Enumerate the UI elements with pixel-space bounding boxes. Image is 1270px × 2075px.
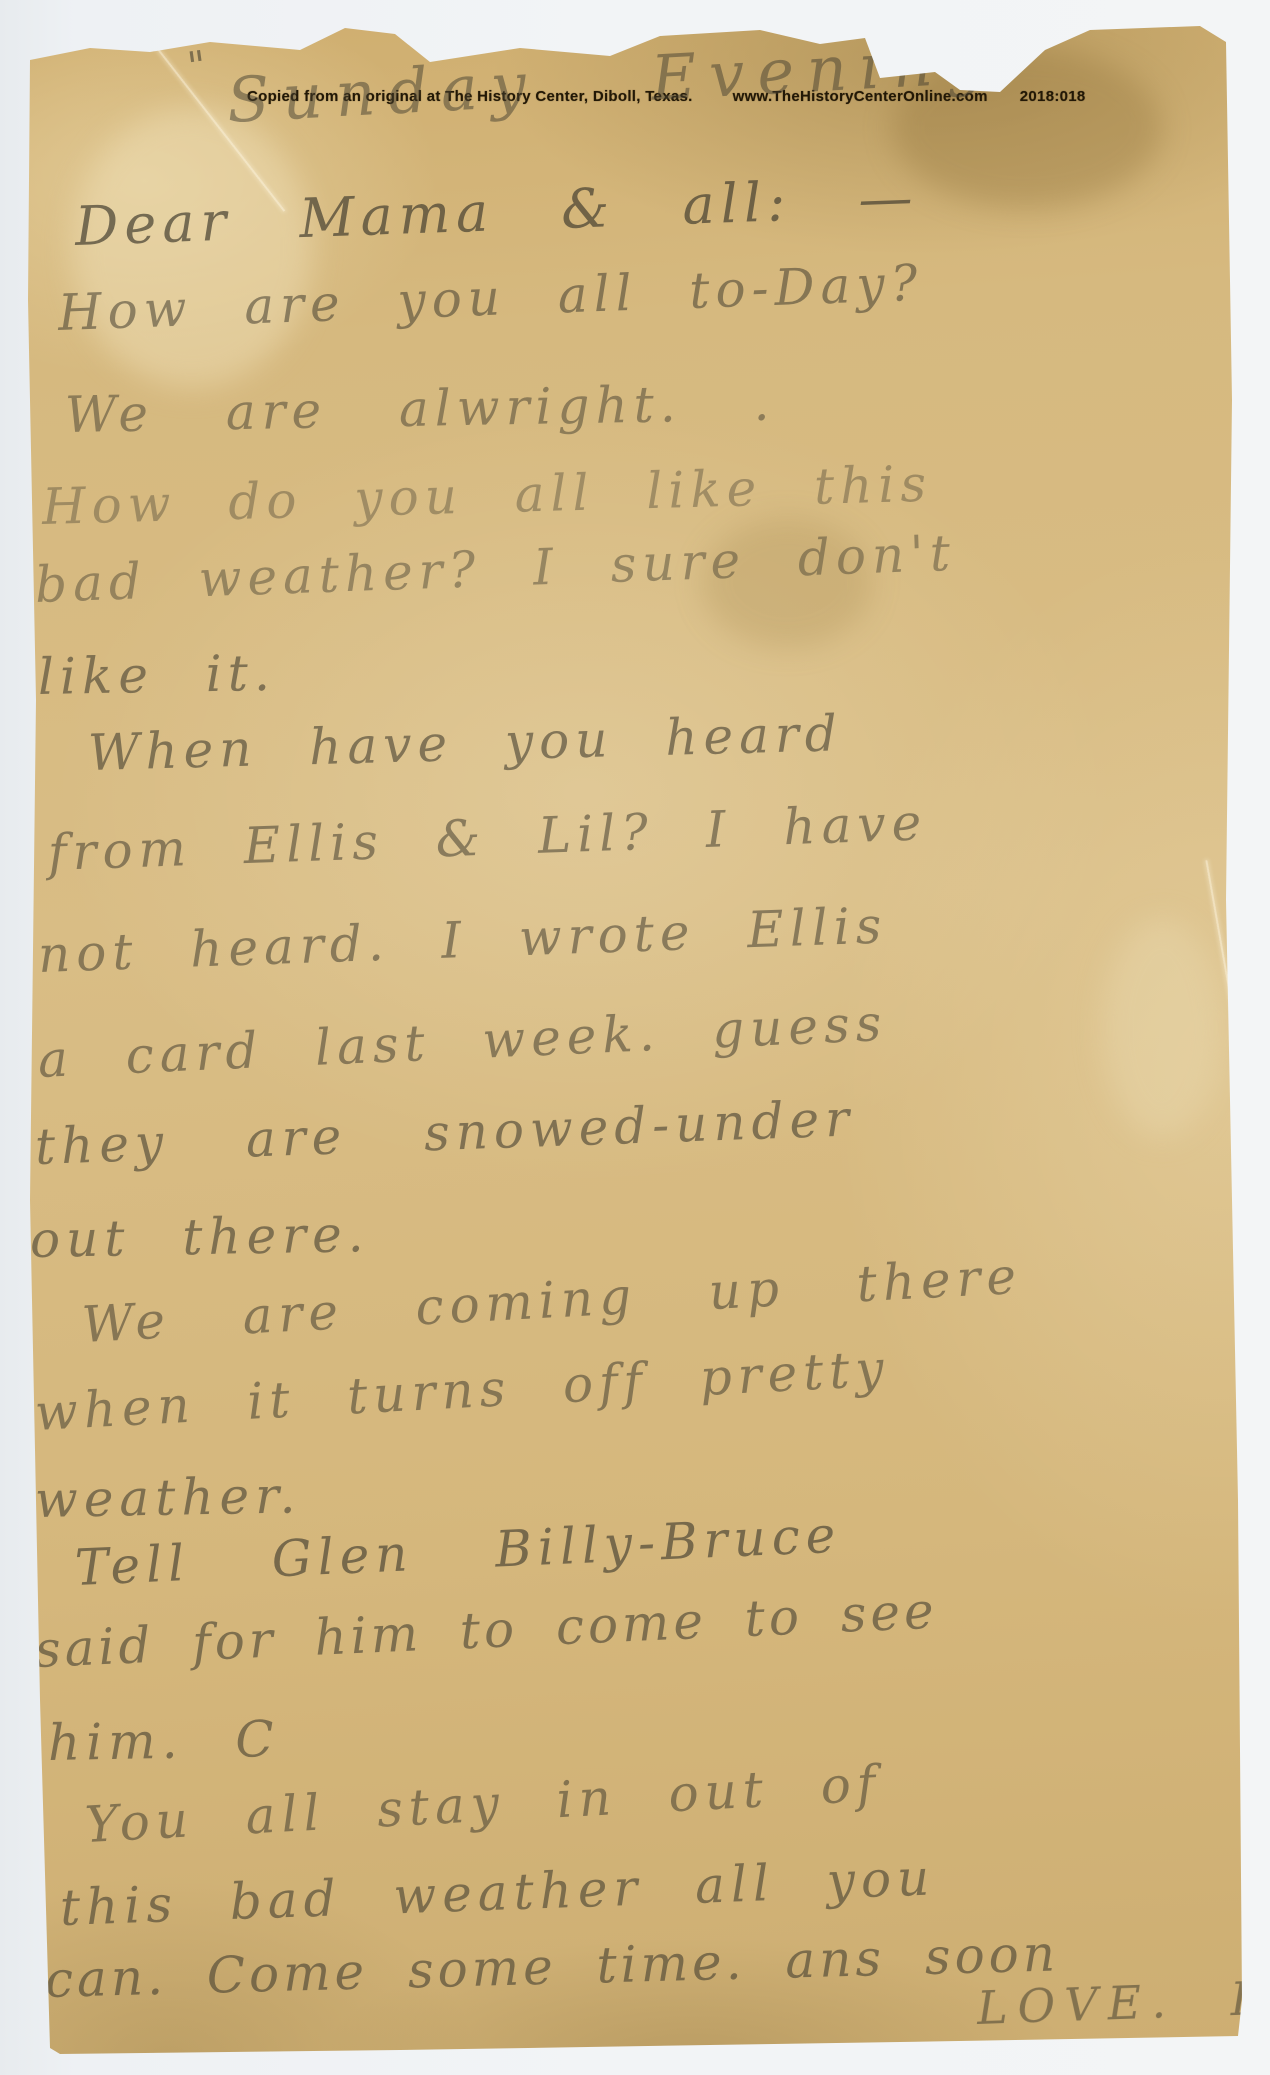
letter-line: like it. (38, 648, 277, 702)
ditto-mark: " (185, 45, 215, 88)
letter-line: when it turns off pretty (34, 1343, 891, 1438)
letter-line: How do you all like this (41, 459, 932, 532)
letter-heading: Sunday Evening. (225, 28, 1032, 132)
letter-line: bad weather? I sure don't (34, 528, 957, 610)
letter-paper: Copied from an original at The History C… (22, 18, 1244, 2058)
paper-crease (1205, 860, 1238, 1038)
letter-line: this bad weather all you (59, 1852, 936, 1933)
paper-stain (1102, 918, 1222, 1138)
letter-line: not heard. I wrote Ellis (37, 900, 888, 980)
letter-line: We are alwright. . (65, 378, 776, 440)
scan-page: { "stamp": { "text": "Copied from an ori… (0, 0, 1270, 2075)
letter-line: him. C (48, 1714, 280, 1768)
letter-line: You all stay in out of (84, 1758, 883, 1850)
letter-line: weather. (35, 1470, 302, 1525)
letter-line: from Ellis & Lil? I have (47, 797, 928, 878)
letter-line: a card last week. guess (37, 998, 888, 1085)
letter-line: can. Come some time. ans soon (44, 1928, 1059, 2005)
letter-line: they are snowed-under (34, 1093, 856, 1172)
letter-signature: LOVE. DH (976, 1973, 1270, 2031)
letter-line: When have you heard (87, 708, 843, 778)
letter-line: Dear Mama & all: — (74, 171, 919, 254)
letter-line: We are coming up there (81, 1251, 1023, 1350)
letter-line: out there. (30, 1209, 370, 1265)
letter-line: How are you all to-Day? (57, 258, 924, 338)
letter-line: said for him to come to see (34, 1586, 939, 1675)
